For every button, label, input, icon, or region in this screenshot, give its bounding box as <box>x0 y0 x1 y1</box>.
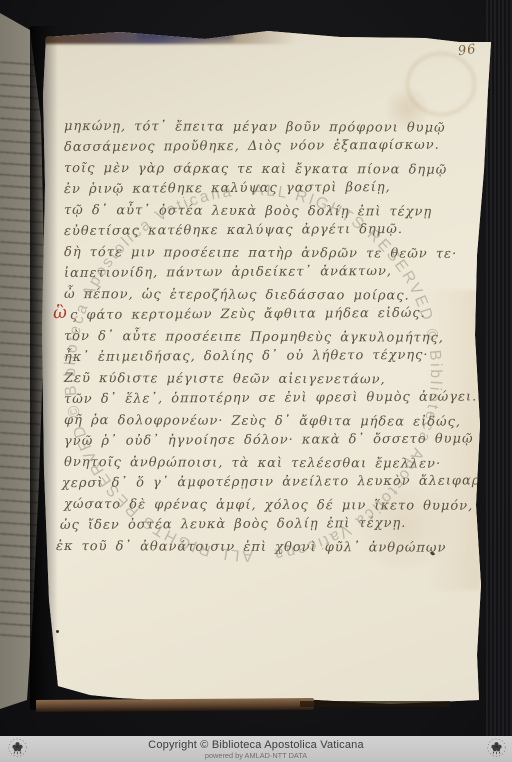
manuscript-text-line: δασσάμενος προὔθηκε, Διὸς νόον ἐξαπαφίσκ… <box>64 136 440 158</box>
book-tail-edge <box>36 698 314 712</box>
manuscript-text-line: χώσατο δὲ φρένας ἀμφί, χόλος δέ μιν ἵκετ… <box>64 495 473 517</box>
manuscript-text-line: ἐκ τοῦ δ᾽ ἀθανάτοισιν ἐπὶ χθονὶ φῦλ᾽ ἀνθ… <box>56 537 447 559</box>
book-tail-edge-shadow <box>300 701 450 707</box>
folio-number: 96 <box>457 42 477 59</box>
manuscript-text-line: γνῶ ῥ᾽ οὐδ᾽ ἠγνοίησε δόλον· κακὰ δ᾽ ὄσσε… <box>64 429 474 452</box>
manuscript-text-line: Ζεῦ κύδιστε μέγιστε θεῶν αἰειγενετάων, <box>64 369 386 390</box>
vatican-library-emblem-icon <box>7 738 28 759</box>
manuscript-text-line: εὐθετίσας κατέθηκε καλύψας ἀργέτι δημῷ. <box>64 220 403 242</box>
vatican-library-emblem-icon <box>486 738 507 759</box>
manuscript-text-line: ὡς ἴδεν ὀστέα λευκὰ βοὸς δολίῃ ἐπὶ τέχνῃ… <box>60 514 407 536</box>
copyright-text: Copyright © Biblioteca Apostolica Vatica… <box>0 739 512 751</box>
manuscript-text-line: τῶν δ᾽ ἕλε᾽, ὁπποτέρην σε ἐνὶ φρεσὶ θυμὸ… <box>64 387 477 410</box>
manuscript-text-line: δὴ τότε μιν προσέειπε πατὴρ ἀνδρῶν τε θε… <box>64 243 457 265</box>
fabric-texture-band <box>486 0 512 737</box>
manuscript-text-line: ἰαπετιονίδη, πάντων ἀριδείκετ᾽ ἀνάκτων, <box>64 262 392 284</box>
manuscript-text-line: ς φάτο κερτομέων Ζεὺς ἄφθιτα μήδεα εἰδώς… <box>70 304 426 326</box>
manuscript-text-line: ἦκ᾽ ἐπιμειδήσας, δολίης δ᾽ οὐ λήθετο τέχ… <box>64 346 429 368</box>
viewer-footer: Copyright © Biblioteca Apostolica Vatica… <box>0 736 512 762</box>
manuscript-page: 96 μηκώνῃ, τότ᾽ ἔπειτα μέγαν βοῦν πρόφρο… <box>0 0 512 762</box>
gutter-shadow <box>30 26 58 710</box>
powered-by-text: powered by AMLAD·NTT DATA <box>20 751 491 759</box>
manuscript-text-line: ἐν ῥινῷ κατέθηκε καλύψας γαστρὶ βοείῃ, <box>64 178 391 200</box>
manuscript-text-line: χερσὶ δ᾽ ὅ γ᾽ ἀμφοτέρῃσιν ἀνείλετο λευκὸ… <box>62 471 486 494</box>
